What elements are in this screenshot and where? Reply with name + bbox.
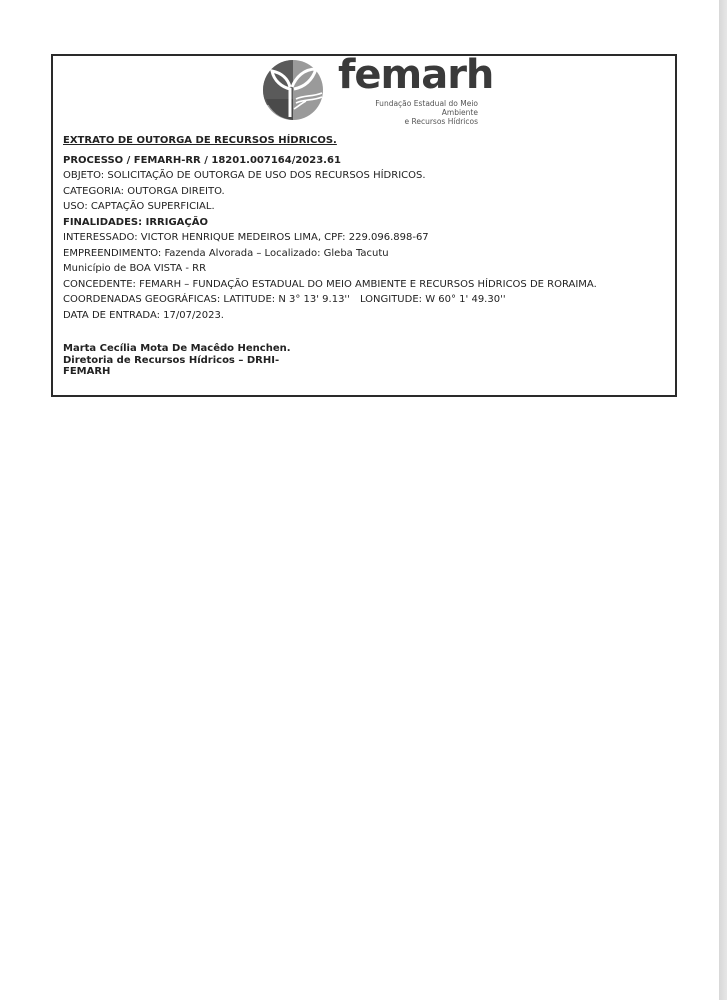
municipio-line: Município de BOA VISTA - RR [63,261,673,277]
longitude-text: LONGITUDE: W 60° 1' 49.30'' [360,294,506,305]
logo-subtitle: Fundação Estadual do Meio Ambiente e Rec… [340,99,478,126]
latitude-text: COORDENADAS GEOGRÁFICAS: LATITUDE: N 3° … [63,294,350,305]
logo-subtitle-line1: Fundação Estadual do Meio Ambiente [340,99,478,117]
leaf-water-logo-icon [262,59,324,121]
processo-line: PROCESSO / FEMARH-RR / 18201.007164/2023… [63,153,673,169]
signer-name: Marta Cecília Mota De Macêdo Henchen. [63,343,673,355]
document-title: EXTRATO DE OUTORGA DE RECURSOS HÍDRICOS. [63,133,673,149]
uso-line: USO: CAPTAÇÃO SUPERFICIAL. [63,199,673,215]
logo-wordmark: femarh [338,51,493,99]
femarh-logo: femarh Fundação Estadual do Meio Ambient… [262,57,482,121]
signer-role-line2: FEMARH [63,366,673,378]
page-edge-strip [719,0,727,1000]
finalidades-line: FINALIDADES: IRRIGAÇÃO [63,215,673,231]
objeto-line: OBJETO: SOLICITAÇÃO DE OUTORGA DE USO DO… [63,168,673,184]
signer-role-line1: Diretoria de Recursos Hídricos – DRHI- [63,355,673,367]
concedente-line: CONCEDENTE: FEMARH – FUNDAÇÃO ESTADUAL D… [63,277,673,293]
extract-content: EXTRATO DE OUTORGA DE RECURSOS HÍDRICOS.… [63,133,673,378]
interessado-line: INTERESSADO: VICTOR HENRIQUE MEDEIROS LI… [63,230,673,246]
data-entrada-line: DATA DE ENTRADA: 17/07/2023. [63,308,673,324]
categoria-line: CATEGORIA: OUTORGA DIREITO. [63,184,673,200]
signature-block: Marta Cecília Mota De Macêdo Henchen. Di… [63,343,673,378]
logo-subtitle-line2: e Recursos Hídricos [340,117,478,126]
empreendimento-line: EMPREENDIMENTO: Fazenda Alvorada – Local… [63,246,673,262]
coordenadas-line: COORDENADAS GEOGRÁFICAS: LATITUDE: N 3° … [63,292,673,308]
